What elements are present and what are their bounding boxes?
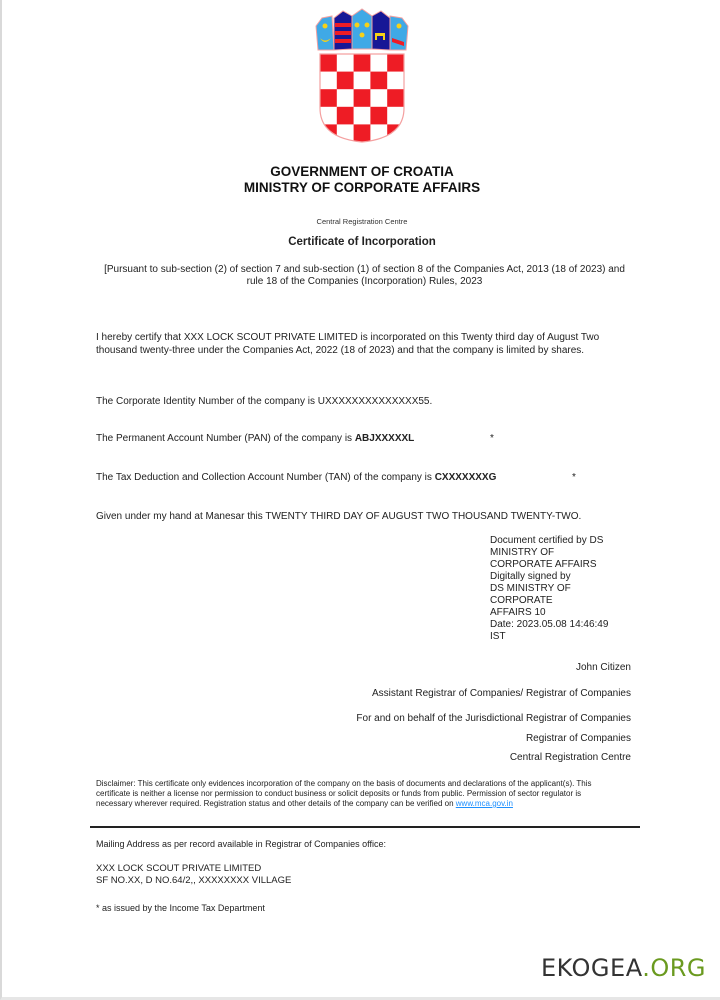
certify-statement: I hereby certify that XXX LOCK SCOUT PRI… [96,332,641,357]
government-heading: GOVERNMENT OF CROATIA MINISTRY OF CORPOR… [2,164,720,196]
tan-label: The Tax Deduction and Collection Account… [96,472,435,483]
disclaimer-text: Disclaimer: This certificate only eviden… [96,779,592,808]
cert-line: AFFAIRS 10 [490,607,650,619]
mailing-address: XXX LOCK SCOUT PRIVATE LIMITED SF NO.XX,… [96,863,291,887]
cert-line: DS MINISTRY OF [490,583,650,595]
watermark-name: EKOGEA [541,954,642,982]
mca-link[interactable]: www.mca.gov.in [456,799,513,808]
divider [90,826,640,828]
pan-statement: The Permanent Account Number (PAN) of th… [96,433,641,446]
cert-line: Digitally signed by [490,571,650,583]
digital-signature-block: Document certified by DSMINISTRY OFCORPO… [490,535,650,643]
pan-label: The Permanent Account Number (PAN) of th… [96,433,355,444]
watermark-tld: .ORG [642,954,706,982]
cert-line: CORPORATE AFFAIRS [490,559,650,571]
government-name: GOVERNMENT OF CROATIA [2,164,720,180]
cin-statement: The Corporate Identity Number of the com… [96,396,641,409]
cert-line: MINISTRY OF [490,547,650,559]
centre-line: Central Registration Centre [510,752,631,763]
cert-line: CORPORATE [490,595,650,607]
given-statement: Given under my hand at Manesar this TWEN… [96,511,641,524]
signatory-role: Assistant Registrar of Companies/ Regist… [372,688,631,699]
certificate-title: Certificate of Incorporation [2,236,720,248]
pursuant-line-1: [Pursuant to sub-section (2) of section … [92,264,637,276]
cert-line: IST [490,631,650,643]
tan-asterisk: * [572,472,576,485]
disclaimer: Disclaimer: This certificate only eviden… [96,779,616,809]
office-label: Central Registration Centre [2,217,720,226]
pan-asterisk: * [490,433,494,446]
croatia-coat-of-arms-icon [312,8,412,144]
pan-value: ABJXXXXXL [355,433,414,444]
on-behalf-line: For and on behalf of the Jurisdictional … [356,713,631,724]
cert-line: Document certified by DS [490,535,650,547]
mailing-label: Mailing Address as per record available … [96,839,386,849]
tan-value: CXXXXXXXG [435,472,497,483]
pursuant-line-2: rule 18 of the Companies (Incorporation)… [92,276,637,288]
watermark-logo: EKOGEA.ORG [541,954,706,982]
pursuant-clause: [Pursuant to sub-section (2) of section … [92,264,637,288]
footnote: * as issued by the Income Tax Department [96,903,265,913]
cert-line: Date: 2023.05.08 14:46:49 [490,619,650,631]
tan-statement: The Tax Deduction and Collection Account… [96,472,641,485]
certificate-page: GOVERNMENT OF CROATIA MINISTRY OF CORPOR… [0,0,720,1000]
ministry-name: MINISTRY OF CORPORATE AFFAIRS [2,180,720,196]
registrar-line: Registrar of Companies [526,733,631,744]
address-company: XXX LOCK SCOUT PRIVATE LIMITED [96,863,291,875]
address-line: SF NO.XX, D NO.64/2,, XXXXXXXX VILLAGE [96,875,291,887]
signatory-name: John Citizen [576,662,631,673]
